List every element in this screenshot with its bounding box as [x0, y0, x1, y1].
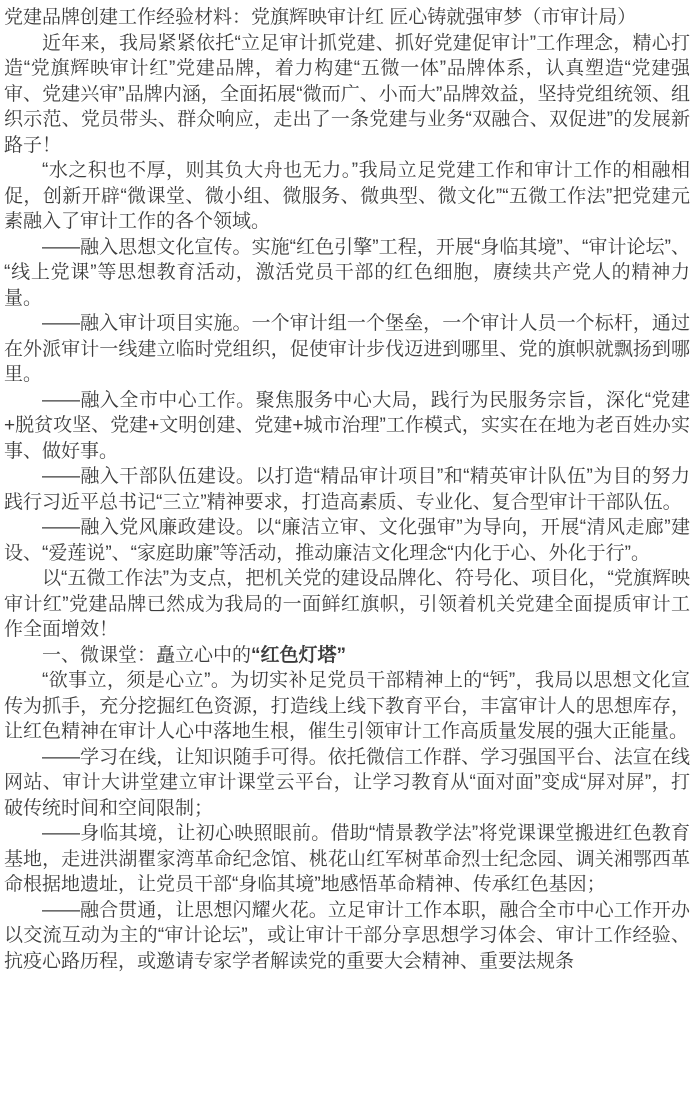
paragraph: “欲事立，须是心立”。为切实补足党员干部精神上的“钙”，我局以思想文化宣传为抓手… [4, 668, 690, 745]
paragraph: ——融合贯通，让思想闪耀火花。立足审计工作本职，融合全市中心工作开办以交流互动为… [4, 898, 690, 975]
paragraph: 近年来，我局紧紧依托“立足审计抓党建、抓好党建促审计”工作理念，精心打造“党旗辉… [4, 31, 690, 159]
document-page: 党建品牌创建工作经验材料：党旗辉映审计红 匠心铸就强审梦（市审计局） 近年来，我… [0, 0, 693, 1097]
paragraph: ——融入党风廉政建设。以“廉洁立审、文化强审”为导向，开展“清风走廊”建设、“爱… [4, 515, 690, 566]
paragraph: ——融入干部队伍建设。以打造“精品审计项目”和“精英审计队伍”为目的努力践行习近… [4, 464, 690, 515]
heading-emphasis: “红色灯塔” [251, 645, 346, 666]
paragraph: ——学习在线，让知识随手可得。依托微信工作群、学习强国平台、法宣在线网站、审计大… [4, 745, 690, 822]
document-body: 近年来，我局紧紧依托“立足审计抓党建、抓好党建促审计”工作理念，精心打造“党旗辉… [4, 31, 690, 975]
paragraph: ——身临其境，让初心映照眼前。借助“情景教学法”将党课课堂搬进红色教育基地，走进… [4, 821, 690, 898]
paragraph: ——融入审计项目实施。一个审计组一个堡垒，一个审计人员一个标杆，通过在外派审计一… [4, 311, 690, 388]
paragraph: ——融入全市中心工作。聚焦服务中心大局，践行为民服务宗旨，深化“党建+脱贫攻坚、… [4, 388, 690, 465]
section-heading: 一、微课堂：矗立心中的“红色灯塔” [4, 643, 690, 669]
document-title: 党建品牌创建工作经验材料：党旗辉映审计红 匠心铸就强审梦（市审计局） [4, 5, 690, 31]
paragraph: 以“五微工作法”为支点，把机关党的建设品牌化、符号化、项目化，“党旗辉映审计红”… [4, 566, 690, 643]
paragraph: ——融入思想文化宣传。实施“红色引擎”工程，开展“身临其境”、“审计论坛”、“线… [4, 235, 690, 312]
heading-text: 一、微课堂：矗立心中的 [42, 645, 251, 666]
paragraph: “水之积也不厚，则其负大舟也无力。”我局立足党建工作和审计工作的相融相促，创新开… [4, 158, 690, 235]
